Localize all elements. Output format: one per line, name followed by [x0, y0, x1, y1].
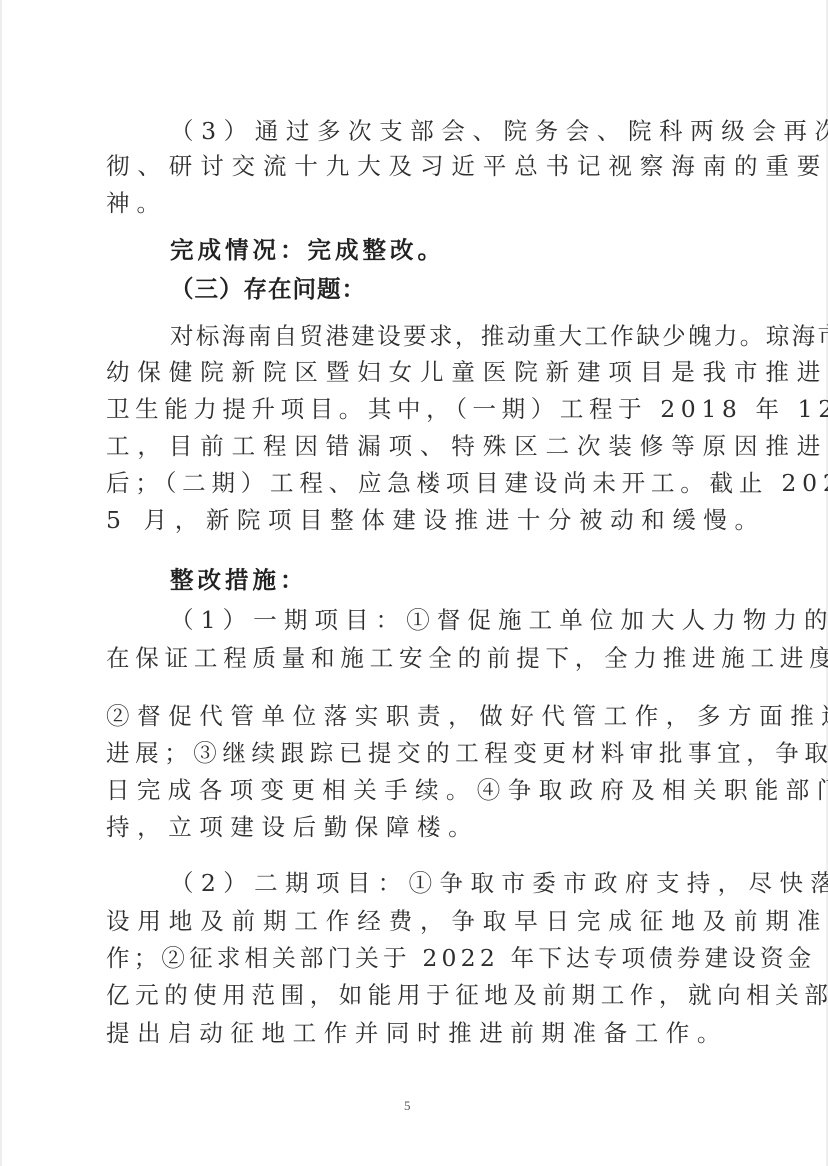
phase-1-line-6: 持，立项建设后勤保障楼。: [106, 812, 726, 842]
issue-line-2: 幼保健院新院区暨妇女儿童医院新建项目是我市推进公共: [106, 357, 726, 387]
section-3-heading: （三）存在问题：: [170, 274, 726, 304]
phase-1-line-4: 进展；③继续跟踪已提交的工程变更材料审批事宜，争取早: [106, 738, 726, 768]
page-number: 5: [404, 1098, 411, 1114]
issue-line-4: 工，目前工程因错漏项、特殊区二次装修等原因推进严重滞: [106, 431, 726, 461]
issue-line-6: 5 月，新院项目整体建设推进十分被动和缓慢。: [106, 505, 726, 535]
phase-1-line-5: 日完成各项变更相关手续。④争取政府及相关职能部门支: [106, 775, 726, 805]
issue-line-5: 后；（二期）工程、应急楼项目建设尚未开工。截止 2022 年: [106, 468, 726, 498]
item-3-line-1: （3）通过多次支部会、院务会、院科两级会再次学习贯: [170, 116, 726, 146]
item-3-line-2: 彻、研讨交流十九大及习近平总书记视察海南的重要讲话精: [106, 151, 726, 181]
phase-2-line-2: 设用地及前期工作经费，争取早日完成征地及前期准备工: [106, 906, 726, 936]
issue-line-3: 卫生能力提升项目。其中，（一期）工程于 2018 年 12 月开: [106, 394, 726, 424]
item-3-line-3: 神。: [106, 188, 726, 218]
rectification-measures-heading: 整改措施：: [170, 565, 726, 595]
phase-2-line-3: 作；②征求相关部门关于 2022 年下达专项债券建设资金 1: [106, 943, 726, 973]
document-page: （3）通过多次支部会、院务会、院科两级会再次学习贯 彻、研讨交流十九大及习近平总…: [0, 0, 828, 1166]
phase-1-line-1: （1）一期项目：①督促施工单位加大人力物力的投入，: [170, 605, 726, 635]
phase-2-line-1: （2）二期项目：①争取市委市政府支持，尽快落实建: [170, 868, 726, 898]
completion-status: 完成情况：完成整改。: [170, 235, 726, 265]
phase-2-line-4: 亿元的使用范围，如能用于征地及前期工作，就向相关部门: [106, 980, 726, 1010]
issue-line-1: 对标海南自贸港建设要求，推动重大工作缺少魄力。琼海市妇: [170, 321, 726, 351]
phase-1-line-2: 在保证工程质量和施工安全的前提下，全力推进施工进度；: [106, 643, 726, 673]
phase-2-line-5: 提出启动征地工作并同时推进前期准备工作。: [106, 1018, 726, 1048]
phase-1-line-3: ②督促代管单位落实职责，做好代管工作，多方面推进工程: [106, 701, 726, 731]
